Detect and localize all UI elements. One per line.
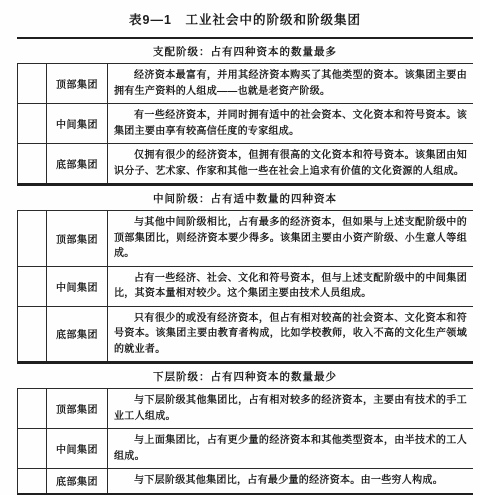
group-name-cell: 顶部集团 [47,64,108,103]
table-row: 中间集团 有一些经济资本，并同时拥有适中的社会资本、文化资本和符号资本。该集团主… [18,103,473,143]
section-dominant-class: 支配阶级：占有四种资本的数量最多 顶部集团 经济资本最富有，并用其经济资本购买了… [17,39,473,186]
description-cell: 与其他中间阶级相比，占有最多的经济资本，但如果与上述支配阶级中的顶部集团比，则经… [108,211,473,266]
group-name-cell: 底部集团 [47,144,108,183]
section-header: 中间阶级：占有适中数量的四种资本 [17,186,473,210]
description-cell: 与下层阶级其他集团比，占有最少量的经济资本。由一些穷人构成。 [108,469,473,493]
group-name-cell: 底部集团 [47,469,108,493]
section-middle-class: 中间阶级：占有适中数量的四种资本 顶部集团 与其他中间阶级相比，占有最多的经济资… [17,186,473,364]
table-row: 底部集团 仅拥有很少的经济资本，但拥有很高的文化资本和符号资本。该集团由知识分子… [18,143,473,183]
group-name-cell: 顶部集团 [47,389,108,428]
group-name-cell: 中间集团 [47,429,108,468]
spacer-cell [18,469,47,493]
class-table: 顶部集团 与其他中间阶级相比，占有最多的经济资本，但如果与上述支配阶级中的顶部集… [17,210,473,364]
scanned-page: 表9—1 工业社会中的阶级和阶级集团 支配阶级：占有四种资本的数量最多 顶部集团… [0,0,480,495]
table-row: 顶部集团 与下层阶级其他集团比，占有相对较多的经济资本，主要由有技术的手工业工人… [18,389,473,428]
spacer-cell [18,211,47,266]
group-name-cell: 顶部集团 [47,211,108,266]
spacer-cell [18,429,47,468]
table-row: 顶部集团 与其他中间阶级相比，占有最多的经济资本，但如果与上述支配阶级中的顶部集… [18,211,473,266]
class-table: 顶部集团 经济资本最富有，并用其经济资本购买了其他类型的资本。该集团主要由拥有生… [17,63,473,186]
table-row: 底部集团 与下层阶级其他集团比，占有最少量的经济资本。由一些穷人构成。 [18,468,473,493]
spacer-cell [18,267,47,306]
description-cell: 只有很少的或没有经济资本，但占有相对较高的社会资本、文化资本和符号资本。该集团主… [108,307,473,362]
table-row: 中间集团 占有一些经济、社会、文化和符号资本，但与上述支配阶级中的中间集团比，其… [18,266,473,306]
page-title: 表9—1 工业社会中的阶级和阶级集团 [17,5,473,37]
description-cell: 与下层阶级其他集团比，占有相对较多的经济资本，主要由有技术的手工业工人组成。 [108,389,473,428]
description-cell: 与上面集团比，占有更少量的经济资本和其他类型资本，由半技术的工人组成。 [108,429,473,468]
group-name-cell: 中间集团 [47,267,108,306]
table-row: 顶部集团 经济资本最富有，并用其经济资本购买了其他类型的资本。该集团主要由拥有生… [18,64,473,103]
spacer-cell [18,307,47,362]
class-table: 顶部集团 与下层阶级其他集团比，占有相对较多的经济资本，主要由有技术的手工业工人… [17,388,473,495]
group-name-cell: 中间集团 [47,104,108,143]
spacer-cell [18,389,47,428]
description-cell: 经济资本最富有，并用其经济资本购买了其他类型的资本。该集团主要由拥有生产资料的人… [108,64,473,103]
description-cell: 仅拥有很少的经济资本，但拥有很高的文化资本和符号资本。该集团由知识分子、艺术家、… [108,144,473,183]
spacer-cell [18,64,47,103]
group-name-cell: 底部集团 [47,307,108,362]
spacer-cell [18,144,47,183]
description-cell: 占有一些经济、社会、文化和符号资本，但与上述支配阶级中的中间集团比，其资本量相对… [108,267,473,306]
table-row: 中间集团 与上面集团比，占有更少量的经济资本和其他类型资本，由半技术的工人组成。 [18,428,473,468]
table-row: 底部集团 只有很少的或没有经济资本，但占有相对较高的社会资本、文化资本和符号资本… [18,306,473,362]
description-cell: 有一些经济资本，并同时拥有适中的社会资本、文化资本和符号资本。该集团主要由享有较… [108,104,473,143]
spacer-cell [18,104,47,143]
section-header: 下层阶级：占有四种资本的数量最少 [17,364,473,388]
section-header: 支配阶级：占有四种资本的数量最多 [17,39,473,63]
section-lower-class: 下层阶级：占有四种资本的数量最少 顶部集团 与下层阶级其他集团比，占有相对较多的… [17,364,473,495]
